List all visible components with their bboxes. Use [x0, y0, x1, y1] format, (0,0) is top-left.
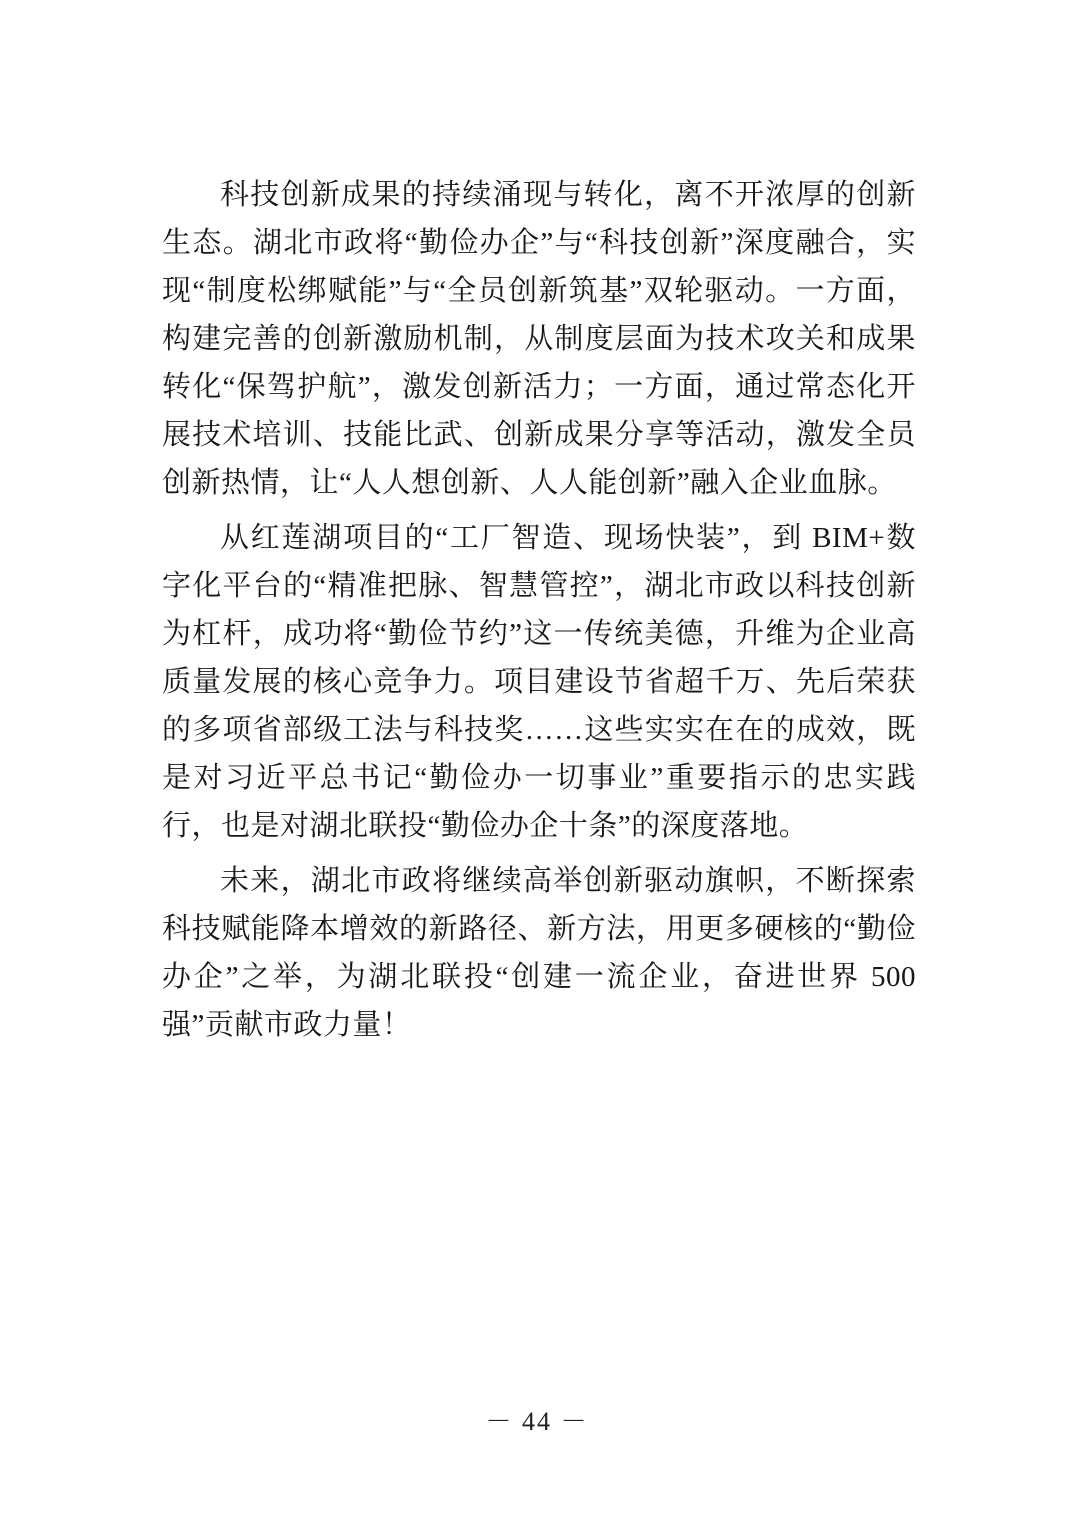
document-body: 科技创新成果的持续涌现与转化，离不开浓厚的创新生态。湖北市政将“勤俭办企”与“科… — [162, 171, 916, 1056]
paragraph-project-results: 从红莲湖项目的“工厂智造、现场快装”，到 BIM+数字化平台的“精准把脉、智慧管… — [162, 514, 916, 850]
paragraph-innovation-ecosystem: 科技创新成果的持续涌现与转化，离不开浓厚的创新生态。湖北市政将“勤俭办企”与“科… — [162, 171, 916, 507]
page-number: － 44 － — [0, 1404, 1074, 1440]
paragraph-future-outlook: 未来，湖北市政将继续高举创新驱动旗帜，不断探索科技赋能降本增效的新路径、新方法，… — [162, 857, 916, 1049]
document-page: 科技创新成果的持续涌现与转化，离不开浓厚的创新生态。湖北市政将“勤俭办企”与“科… — [0, 0, 1074, 1520]
